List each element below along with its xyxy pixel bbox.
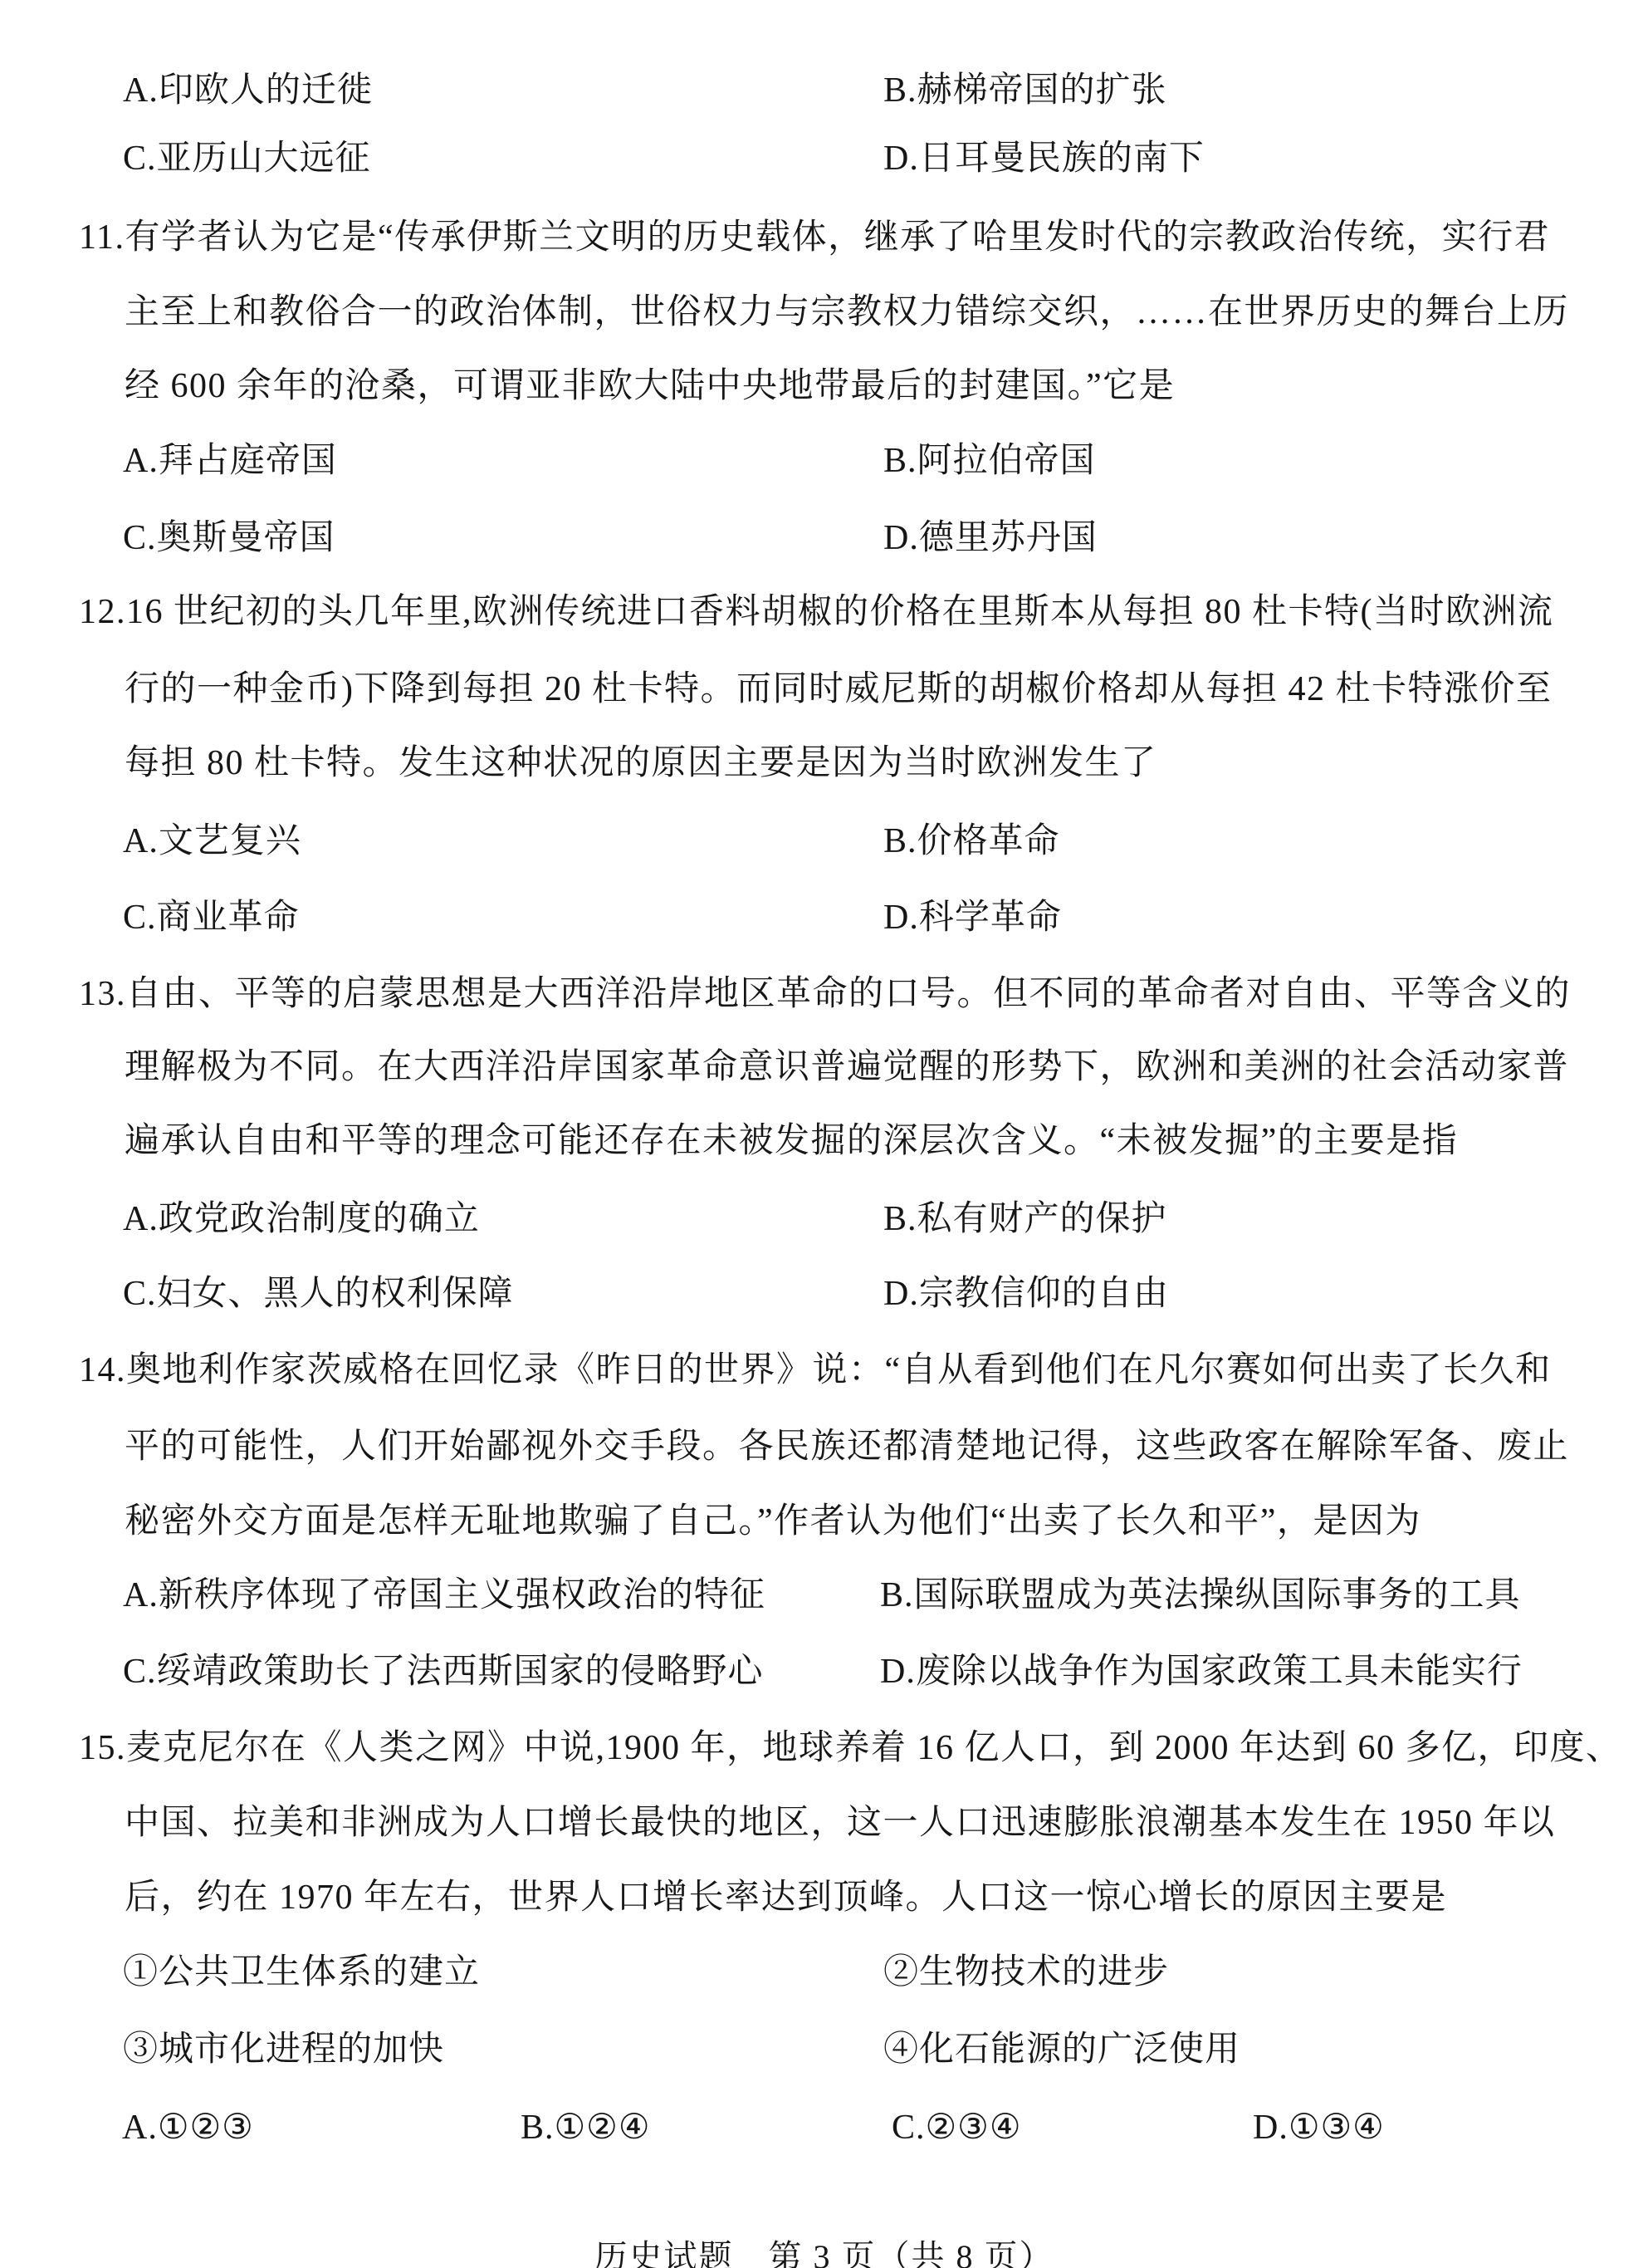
q10-option-b: B.赫梯帝国的扩张 bbox=[883, 73, 1167, 108]
q11-option-b: B.阿拉伯帝国 bbox=[883, 443, 1096, 478]
q13-stem-line-3: 遍承认自由和平等的理念可能还存在未被发掘的深层次含义。“未被发掘”的主要是指 bbox=[125, 1124, 1458, 1158]
q15-item-3: ③城市化进程的加快 bbox=[123, 2032, 444, 2067]
q10-option-d: D.日耳曼民族的南下 bbox=[883, 141, 1205, 176]
exam-page: A.印欧人的迁徙 B.赫梯帝国的扩张 C.亚历山大远征 D.日耳曼民族的南下 1… bbox=[0, 0, 1648, 2268]
q14-stem-line-3: 秘密外交方面是怎样无耻地欺骗了自己。”作者认为他们“出卖了长久和平”，是因为 bbox=[125, 1504, 1421, 1539]
q12-option-c: C.商业革命 bbox=[123, 900, 300, 935]
q15-stem-line-2: 中国、拉美和非洲成为人口增长最快的地区，这一人口迅速膨胀浪潮基本发生在 1950… bbox=[125, 1805, 1556, 1840]
q13-stem-line-2: 理解极为不同。在大西洋沿岸国家革命意识普遍觉醒的形势下，欧洲和美洲的社会活动家普 bbox=[125, 1050, 1569, 1085]
q13-stem-line-1: 13.自由、平等的启蒙思想是大西洋沿岸地区革命的口号。但不同的革命者对自由、平等… bbox=[79, 977, 1571, 1012]
q15-item-2: ②生物技术的进步 bbox=[883, 1955, 1169, 1990]
page-footer: 历史试题 第 3 页（共 8 页） bbox=[0, 2241, 1648, 2268]
q13-option-c: C.妇女、黑人的权利保障 bbox=[123, 1276, 514, 1311]
q14-option-a: A.新秩序体现了帝国主义强权政治的特征 bbox=[123, 1578, 765, 1613]
q13-option-d: D.宗教信仰的自由 bbox=[883, 1276, 1169, 1311]
q13-option-a: A.政党政治制度的确立 bbox=[123, 1202, 480, 1237]
q12-stem-line-3: 每担 80 杜卡特。发生这种状况的原因主要是因为当时欧洲发生了 bbox=[125, 746, 1157, 781]
q15-option-b: B.①②④ bbox=[521, 2110, 650, 2145]
q13-option-b: B.私有财产的保护 bbox=[883, 1202, 1167, 1237]
q14-option-d: D.废除以战争作为国家政策工具未能实行 bbox=[880, 1654, 1523, 1689]
q12-option-a: A.文艺复兴 bbox=[123, 824, 301, 859]
q12-stem-line-2: 行的一种金币)下降到每担 20 杜卡特。而同时威尼斯的胡椒价格却从每担 42 杜… bbox=[125, 672, 1553, 707]
q15-stem-line-1: 15.麦克尼尔在《人类之网》中说,1900 年，地球养着 16 亿人口，到 20… bbox=[79, 1731, 1622, 1766]
q15-item-1: ①公共卫生体系的建立 bbox=[123, 1955, 480, 1990]
q14-option-c: C.绥靖政策助长了法西斯国家的侵略野心 bbox=[123, 1654, 764, 1689]
q11-option-a: A.拜占庭帝国 bbox=[123, 443, 337, 478]
q10-option-c: C.亚历山大远征 bbox=[123, 141, 371, 176]
q15-option-d: D.①③④ bbox=[1253, 2110, 1385, 2145]
q11-option-c: C.奥斯曼帝国 bbox=[123, 521, 335, 556]
q14-option-b: B.国际联盟成为英法操纵国际事务的工具 bbox=[880, 1578, 1521, 1613]
q11-stem-line-1: 11.有学者认为它是“传承伊斯兰文明的历史载体，继承了哈里发时代的宗教政治传统，… bbox=[79, 220, 1550, 255]
q12-option-d: D.科学革命 bbox=[883, 900, 1062, 935]
q11-stem-line-3: 经 600 余年的沧桑，可谓亚非欧大陆中央地带最后的封建国。”它是 bbox=[125, 369, 1175, 404]
q11-stem-line-2: 主至上和教俗合一的政治体制，世俗权力与宗教权力错综交织，……在世界历史的舞台上历 bbox=[125, 295, 1569, 330]
q11-option-d: D.德里苏丹国 bbox=[883, 521, 1098, 556]
q14-stem-line-1: 14.奥地利作家茨威格在回忆录《昨日的世界》说：“自从看到他们在凡尔赛如何出卖了… bbox=[79, 1353, 1552, 1388]
q15-option-a: A.①②③ bbox=[122, 2110, 254, 2145]
q15-stem-line-3: 后，约在 1970 年左右，世界人口增长率达到顶峰。人口这一惊心增长的原因主要是 bbox=[125, 1880, 1447, 1915]
q10-option-a: A.印欧人的迁徙 bbox=[123, 73, 373, 108]
q12-option-b: B.价格革命 bbox=[883, 824, 1060, 859]
q15-option-c: C.②③④ bbox=[892, 2110, 1021, 2145]
q14-stem-line-2: 平的可能性，人们开始鄙视外交手段。各民族还都清楚地记得，这些政客在解除军备、废止 bbox=[125, 1429, 1569, 1464]
q12-stem-line-1: 12.16 世纪初的头几年里,欧洲传统进口香料胡椒的价格在里斯本从每担 80 杜… bbox=[79, 595, 1554, 629]
q15-item-4: ④化石能源的广泛使用 bbox=[883, 2032, 1240, 2067]
